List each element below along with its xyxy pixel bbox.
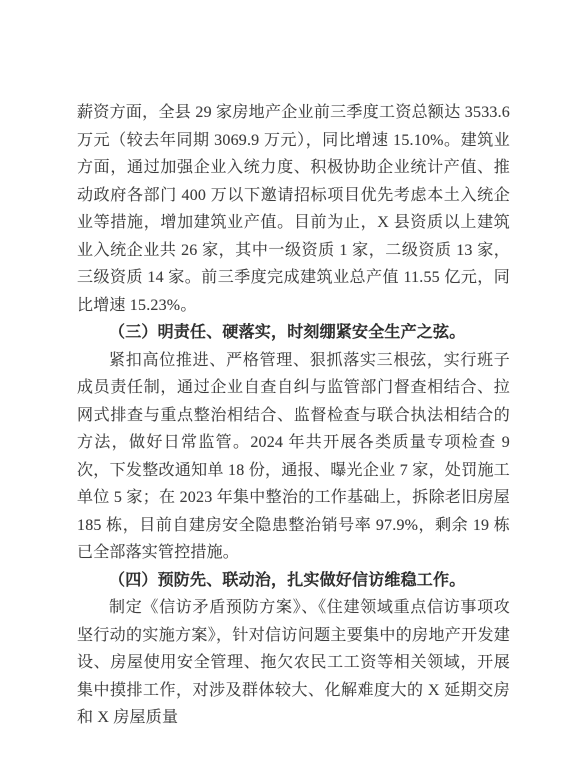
paragraph-safety-supervision: 紧扣高位推进、严格管理、狠抓落实三根弦，实行班子成员责任制，通过企业自查自纠与监… [77,347,510,567]
paragraph-wages-and-construction: 薪资方面，全县 29 家房地产企业前三季度工资总额达 3533.6 万元（较去年… [77,99,510,319]
section-heading-4-petition-stability: （四）预防先、联动治，扎实做好信访维稳工作。 [77,567,510,595]
paragraph-petition-stability: 制定《信访矛盾预防方案》、《住建领域重点信访事项攻坚行动的实施方案》，针对信访问… [77,594,510,732]
section-heading-3-safety-production: （三）明责任、硬落实，时刻绷紧安全生产之弦。 [77,319,510,347]
document-page: 薪资方面，全县 29 家房地产企业前三季度工资总额达 3533.6 万元（较去年… [0,0,586,759]
